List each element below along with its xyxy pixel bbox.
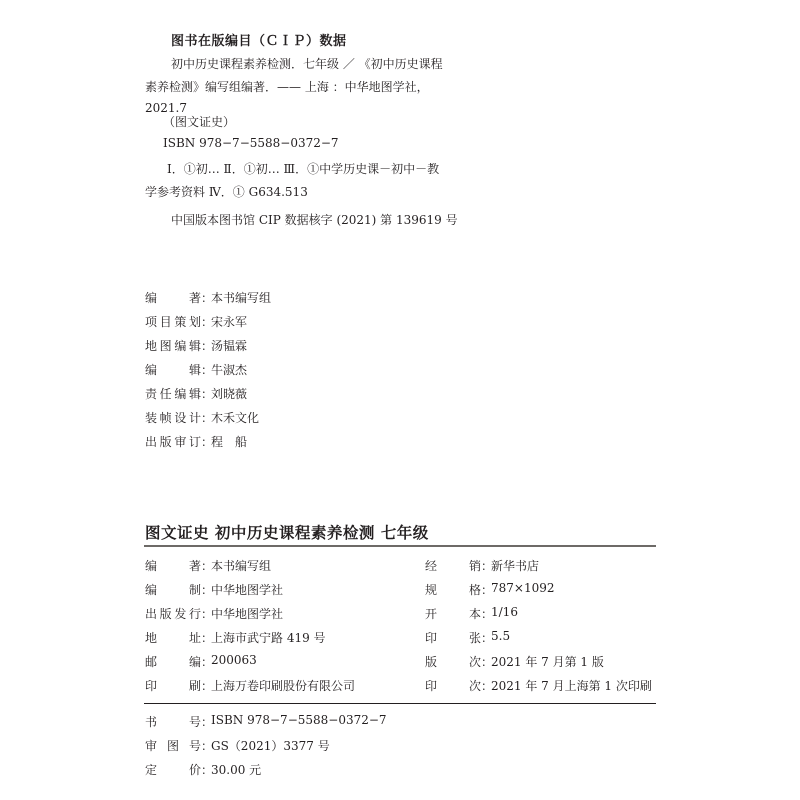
credit-label: 项目策划 (145, 313, 201, 337)
credit-label: 编辑 (145, 361, 201, 385)
info-row: 编制 ： 中华地图学社 (145, 581, 283, 605)
credit-row: 地图编辑 ： 汤韫霖 (145, 337, 247, 361)
price-value: 30.00 元 (211, 761, 261, 785)
info-value: 中华地图学社 (211, 605, 283, 629)
title-divider (144, 545, 656, 547)
info-label: 规格 (425, 581, 481, 605)
cip-line: 初中历史课程素养检测．七年级 ／ 《初中历史课程 (171, 55, 443, 72)
footer-row: 定价 ： 30.00 元 (145, 761, 261, 785)
info-row: 开本 ： 1/16 (425, 605, 518, 629)
credit-value: 木禾文化 (211, 409, 259, 433)
credit-label: 地图编辑 (145, 337, 201, 361)
info-label: 审图号 (145, 737, 201, 761)
info-row: 印刷 ： 上海万卷印刷股份有限公司 (145, 677, 355, 701)
credit-row: 责任编辑 ： 刘晓薇 (145, 385, 247, 409)
info-row: 邮编 ： 200063 (145, 653, 257, 677)
info-label: 经销 (425, 557, 481, 581)
info-label: 印张 (425, 629, 481, 653)
credit-value: 宋永军 (211, 313, 247, 337)
credit-row: 编著 ： 本书编写组 (145, 289, 271, 313)
info-label: 版次 (425, 653, 481, 677)
credit-row: 装帧设计 ： 木禾文化 (145, 409, 259, 433)
credit-value: 本书编写组 (211, 289, 271, 313)
info-value: 2021 年 7 月第 1 版 (491, 653, 604, 677)
credit-label: 编著 (145, 289, 201, 313)
cip-title: 图书在版编目（ＣＩＰ）数据 (171, 30, 347, 49)
info-value: 中华地图学社 (211, 581, 283, 605)
info-row: 编著 ： 本书编写组 (145, 557, 271, 581)
copyright-page: 图书在版编目（ＣＩＰ）数据 初中历史课程素养检测．七年级 ／ 《初中历史课程 素… (0, 0, 800, 800)
info-row: 印次 ： 2021 年 7 月上海第 1 次印刷 (425, 677, 652, 701)
info-row: 版次 ： 2021 年 7 月第 1 版 (425, 653, 604, 677)
info-label: 开本 (425, 605, 481, 629)
credit-value: 刘晓薇 (211, 385, 247, 409)
info-label: 邮编 (145, 653, 201, 677)
info-value: 上海万卷印刷股份有限公司 (211, 677, 355, 701)
info-value: 上海市武宁路 419 号 (211, 629, 326, 653)
cip-isbn: ISBN 978−7−5588−0372−7 (163, 136, 339, 150)
cip-classification: Ⅰ．①初… Ⅱ．①初… Ⅲ．①中学历史课－初中－教 (167, 160, 439, 177)
info-row: 地址 ： 上海市武宁路 419 号 (145, 629, 326, 653)
credit-value: 汤韫霖 (211, 337, 247, 361)
cip-record-number: 中国版本图书馆 CIP 数据核字 (2021) 第 139619 号 (171, 211, 458, 228)
credit-row: 编辑 ： 牛淑杰 (145, 361, 247, 385)
info-row: 印张 ： 5.5 (425, 629, 510, 653)
info-value: 5.5 (491, 629, 510, 653)
info-label: 书号 (145, 713, 201, 737)
info-value: 1/16 (491, 605, 518, 629)
info-row: 出版发行 ： 中华地图学社 (145, 605, 283, 629)
info-label: 编制 (145, 581, 201, 605)
info-label: 印刷 (145, 677, 201, 701)
credit-row: 出版审订 ： 程 船 (145, 433, 247, 457)
info-value: 本书编写组 (211, 557, 271, 581)
footer-row: 书号 ： ISBN 978−7−5588−0372−7 (145, 713, 387, 737)
map-review-number: GS（2021）3377 号 (211, 737, 330, 761)
info-value: 新华书店 (491, 557, 539, 581)
credit-label: 出版审订 (145, 433, 201, 457)
info-label: 印次 (425, 677, 481, 701)
cip-series: （图文证史） (163, 113, 235, 130)
credit-label: 责任编辑 (145, 385, 201, 409)
credit-value: 程 船 (211, 433, 247, 457)
info-label: 编著 (145, 557, 201, 581)
info-row: 规格 ： 787×1092 (425, 581, 555, 605)
credit-row: 项目策划 ： 宋永军 (145, 313, 247, 337)
footer-row: 审图号 ： GS（2021）3377 号 (145, 737, 330, 761)
info-label: 出版发行 (145, 605, 201, 629)
cip-classification-cont: 学参考资料 Ⅳ．① G634.513 (145, 183, 308, 200)
info-value: 200063 (211, 653, 257, 677)
info-label: 地址 (145, 629, 201, 653)
cip-line: 素养检测》编写组编著．—— 上海 ：中华地图学社， (145, 78, 429, 95)
book-title: 图文证史 初中历史课程素养检测 七年级 (145, 521, 429, 543)
credit-label: 装帧设计 (145, 409, 201, 433)
credit-value: 牛淑杰 (211, 361, 247, 385)
isbn-value: ISBN 978−7−5588−0372−7 (211, 713, 387, 737)
info-value: 2021 年 7 月上海第 1 次印刷 (491, 677, 652, 701)
info-label: 定价 (145, 761, 201, 785)
info-value: 787×1092 (491, 581, 555, 605)
info-row: 经销 ： 新华书店 (425, 557, 539, 581)
footer-divider (144, 703, 656, 704)
